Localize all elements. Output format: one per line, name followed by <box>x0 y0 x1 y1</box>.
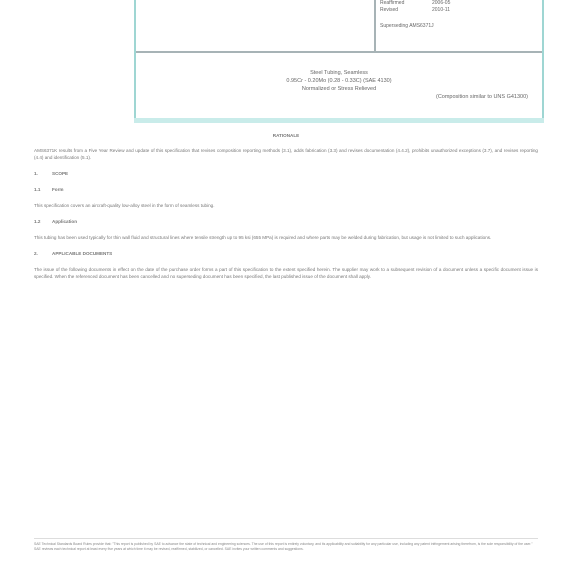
header-status-cell: Reaffirmed 2006-05 Revised 2010-11 Super… <box>380 0 450 30</box>
title-line-3: Normalized or Stress Relieved <box>136 85 542 93</box>
document-title-block: Steel Tubing, Seamless 0.95Cr - 0.20Mo (… <box>136 55 542 117</box>
document-header-box: Reaffirmed 2006-05 Revised 2010-11 Super… <box>134 0 544 120</box>
composition-note: (Composition similar to UNS G41300) <box>136 93 542 101</box>
section-text: This tubing has been used typically for … <box>34 234 538 241</box>
footer-divider <box>34 538 538 539</box>
status-reaffirmed: Reaffirmed 2006-05 <box>380 0 450 7</box>
status-revised: Revised 2010-11 <box>380 7 450 14</box>
rationale-text: AMS6371K results from a Five Year Review… <box>34 147 538 161</box>
header-underline <box>134 118 544 123</box>
document-footer: SAE Technical Standards Board Rules prov… <box>34 538 538 552</box>
section-heading: 2. APPLICABLE DOCUMENTS <box>34 250 538 257</box>
superseding-note: Superseding AMS6371J <box>380 23 450 30</box>
section-text: This specification covers an aircraft-qu… <box>34 202 538 209</box>
section-heading: 1.1 Form <box>34 186 538 193</box>
section-text: The issue of the following documents in … <box>34 266 538 280</box>
header-top-row: Reaffirmed 2006-05 Revised 2010-11 Super… <box>136 0 542 53</box>
section-heading: 1. SCOPE <box>34 170 538 177</box>
rationale-heading: RATIONALE <box>34 132 538 139</box>
section-heading: 1.2 Application <box>34 218 538 225</box>
header-logo-cell <box>136 0 376 51</box>
title-line-1: Steel Tubing, Seamless <box>136 69 542 77</box>
document-body: RATIONALE AMS6371K results from a Five Y… <box>34 132 538 289</box>
footer-line-2: SAE reviews each technical report at lea… <box>34 547 538 552</box>
title-line-2: 0.95Cr - 0.20Mo (0.28 - 0.33C) (SAE 4130… <box>136 77 542 85</box>
